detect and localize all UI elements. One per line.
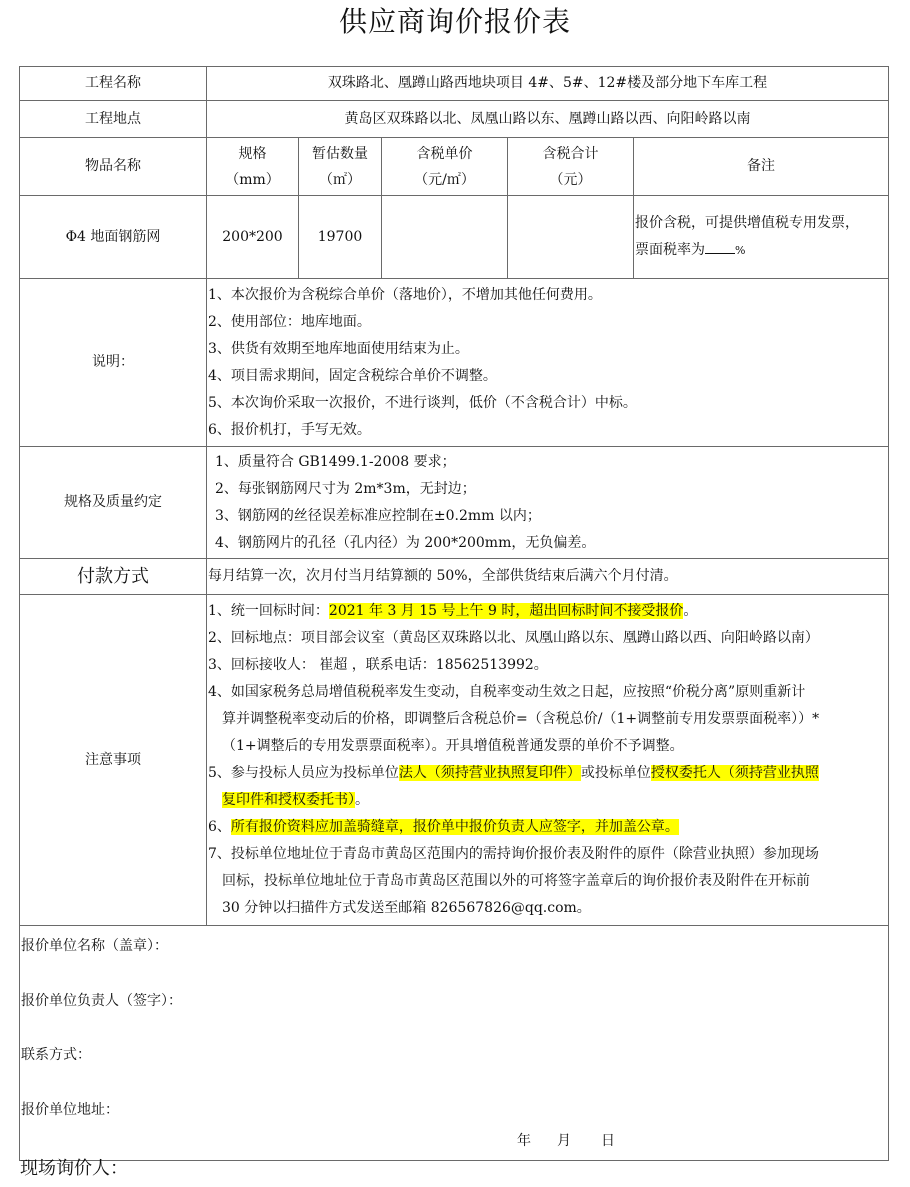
signature-block: 报价单位名称（盖章）： 报价单位负责人（签字）： 联系方式： 报价单位地址： 年… bbox=[20, 926, 889, 1161]
company-name-field[interactable]: 报价单位名称（盖章）： bbox=[21, 926, 888, 981]
page-title: 供应商询价报价表 bbox=[0, 4, 910, 40]
date-year: 年 bbox=[517, 1130, 531, 1152]
project-name-label: 工程名称 bbox=[20, 67, 207, 101]
address-field[interactable]: 报价单位地址： bbox=[21, 1090, 888, 1130]
spec-item: 2、每张钢筋网尺寸为 2m*3m，无封边； bbox=[215, 476, 888, 503]
header-unit-price: 含税单价 （元/㎡） bbox=[382, 138, 508, 196]
contact-field[interactable]: 联系方式： bbox=[21, 1035, 888, 1090]
note-item-3: 3、回标接收人： 崔超 ，联系电话：18562513992。 bbox=[208, 652, 888, 679]
description-row: 说明： 1、本次报价为含税综合单价（落地价），不增加其他任何费用。 2、使用部位… bbox=[20, 279, 889, 447]
payment-value: 每月结算一次，次月付当月结算额的 50%，全部供货结束后满六个月付清。 bbox=[207, 559, 889, 595]
payment-label: 付款方式 bbox=[20, 559, 207, 595]
signature-row: 报价单位名称（盖章）： 报价单位负责人（签字）： 联系方式： 报价单位地址： 年… bbox=[20, 926, 889, 1161]
description-item: 5、本次询价采取一次报价，不进行谈判，低价（不含税合计）中标。 bbox=[208, 390, 888, 417]
description-content: 1、本次报价为含税综合单价（落地价），不增加其他任何费用。 2、使用部位：地库地… bbox=[207, 279, 889, 447]
notes-content: 1、统一回标时间：2021 年 3 月 15 号上午 9 时，超出回标时间不接受… bbox=[207, 595, 889, 926]
project-location-row: 工程地点 黄岛区双珠路以北、凤凰山路以东、凰蹲山路以西、向阳岭路以南 bbox=[20, 101, 889, 138]
date-day: 日 bbox=[601, 1130, 615, 1152]
spec-item: 4、钢筋网片的孔径（孔内径）为 200*200mm，无负偏差。 bbox=[215, 530, 888, 557]
header-item-name: 物品名称 bbox=[20, 138, 207, 196]
note-item-4: 4、如国家税务总局增值税税率发生变动，自税率变动生效之日起，应按照“价税分离”原… bbox=[208, 679, 888, 706]
note-item-7-cont: 30 分钟以扫描件方式发送至邮箱 826567826@qq.com。 bbox=[208, 895, 888, 922]
note-item-4-cont: （1+调整后的专用发票票面税率）。开具增值税普通发票的单价不予调整。 bbox=[208, 733, 888, 760]
highlight-seal-requirement: 所有报价资料应加盖骑缝章，报价单中报价负责人应签字，并加盖公章。 bbox=[231, 819, 679, 835]
notes-label: 注意事项 bbox=[20, 595, 207, 926]
project-location-value: 黄岛区双珠路以北、凤凰山路以东、凰蹲山路以西、向阳岭路以南 bbox=[207, 101, 889, 138]
onsite-inquirer-label: 现场询价人： bbox=[20, 1155, 128, 1183]
quotation-sheet: 工程名称 双珠路北、凰蹲山路西地块项目 4#、5#、12#楼及部分地下车库工程 … bbox=[19, 66, 888, 1161]
note-item-4-cont: 算并调整税率变动后的价格，即调整后含税总价=（含税总价/（1+调整前专用发票票面… bbox=[208, 706, 888, 733]
note-item-6: 6、所有报价资料应加盖骑缝章，报价单中报价负责人应签字，并加盖公章。 bbox=[208, 814, 888, 841]
description-item: 6、报价机打，手写无效。 bbox=[208, 417, 888, 444]
header-total: 含税合计 （元） bbox=[508, 138, 634, 196]
description-item: 3、供货有效期至地库地面使用结束为止。 bbox=[208, 336, 888, 363]
item-remark: 报价含税，可提供增值税专用发票， 票面税率为% bbox=[634, 196, 889, 279]
note-item-2: 2、回标地点：项目部会议室（黄岛区双珠路以北、凤凰山路以东、凰蹲山路以西、向阳岭… bbox=[208, 625, 888, 652]
highlight-deadline: 2021 年 3 月 15 号上午 9 时，超出回标时间不接受报价 bbox=[329, 603, 683, 619]
date-field[interactable]: 年月日 bbox=[21, 1130, 888, 1160]
note-item-5-cont: 复印件和授权委托书）。 bbox=[208, 787, 888, 814]
item-name: Φ4 地面钢筋网 bbox=[20, 196, 207, 279]
date-month: 月 bbox=[557, 1130, 571, 1152]
specs-label: 规格及质量约定 bbox=[20, 447, 207, 559]
note-item-7-cont: 回标，投标单位地址位于青岛市黄岛区范围以外的可将签字盖章后的询价报价表及附件在开… bbox=[208, 868, 888, 895]
highlight-authorized-person: 授权委托人（须持营业执照 bbox=[651, 765, 819, 781]
header-quantity: 暂估数量 （㎡） bbox=[299, 138, 382, 196]
item-row: Φ4 地面钢筋网 200*200 19700 报价含税，可提供增值税专用发票， … bbox=[20, 196, 889, 279]
note-item-5: 5、参与投标人员应为投标单位法人（须持营业执照复印件）或投标单位授权委托人（须持… bbox=[208, 760, 888, 787]
spec-item: 1、质量符合 GB1499.1-2008 要求； bbox=[215, 449, 888, 476]
tax-rate-blank[interactable] bbox=[705, 240, 735, 254]
description-item: 1、本次报价为含税综合单价（落地价），不增加其他任何费用。 bbox=[208, 282, 888, 309]
description-item: 4、项目需求期间，固定含税综合单价不调整。 bbox=[208, 363, 888, 390]
header-spec: 规格 （mm） bbox=[207, 138, 299, 196]
description-label: 说明： bbox=[20, 279, 207, 447]
specs-content: 1、质量符合 GB1499.1-2008 要求； 2、每张钢筋网尺寸为 2m*3… bbox=[207, 447, 889, 559]
specs-row: 规格及质量约定 1、质量符合 GB1499.1-2008 要求； 2、每张钢筋网… bbox=[20, 447, 889, 559]
description-item: 2、使用部位：地库地面。 bbox=[208, 309, 888, 336]
item-total-input[interactable] bbox=[508, 196, 634, 279]
item-quantity: 19700 bbox=[299, 196, 382, 279]
note-item-7: 7、投标单位地址位于青岛市黄岛区范围内的需持询价报价表及附件的原件（除营业执照）… bbox=[208, 841, 888, 868]
responsible-person-field[interactable]: 报价单位负责人（签字）： bbox=[21, 981, 888, 1036]
item-unit-price-input[interactable] bbox=[382, 196, 508, 279]
highlight-authorized-person-cont: 复印件和授权委托书） bbox=[222, 792, 355, 808]
quotation-table: 工程名称 双珠路北、凰蹲山路西地块项目 4#、5#、12#楼及部分地下车库工程 … bbox=[19, 66, 889, 1161]
highlight-legal-person: 法人（须持营业执照复印件） bbox=[399, 765, 581, 781]
payment-row: 付款方式 每月结算一次，次月付当月结算额的 50%，全部供货结束后满六个月付清。 bbox=[20, 559, 889, 595]
project-name-row: 工程名称 双珠路北、凰蹲山路西地块项目 4#、5#、12#楼及部分地下车库工程 bbox=[20, 67, 889, 101]
project-location-label: 工程地点 bbox=[20, 101, 207, 138]
project-name-value: 双珠路北、凰蹲山路西地块项目 4#、5#、12#楼及部分地下车库工程 bbox=[207, 67, 889, 101]
items-header-row: 物品名称 规格 （mm） 暂估数量 （㎡） 含税单价 （元/㎡） 含税合计 （元… bbox=[20, 138, 889, 196]
item-spec: 200*200 bbox=[207, 196, 299, 279]
note-item-1: 1、统一回标时间：2021 年 3 月 15 号上午 9 时，超出回标时间不接受… bbox=[208, 598, 888, 625]
spec-item: 3、钢筋网的丝径误差标准应控制在±0.2mm 以内； bbox=[215, 503, 888, 530]
header-remark: 备注 bbox=[634, 138, 889, 196]
notes-row: 注意事项 1、统一回标时间：2021 年 3 月 15 号上午 9 时，超出回标… bbox=[20, 595, 889, 926]
